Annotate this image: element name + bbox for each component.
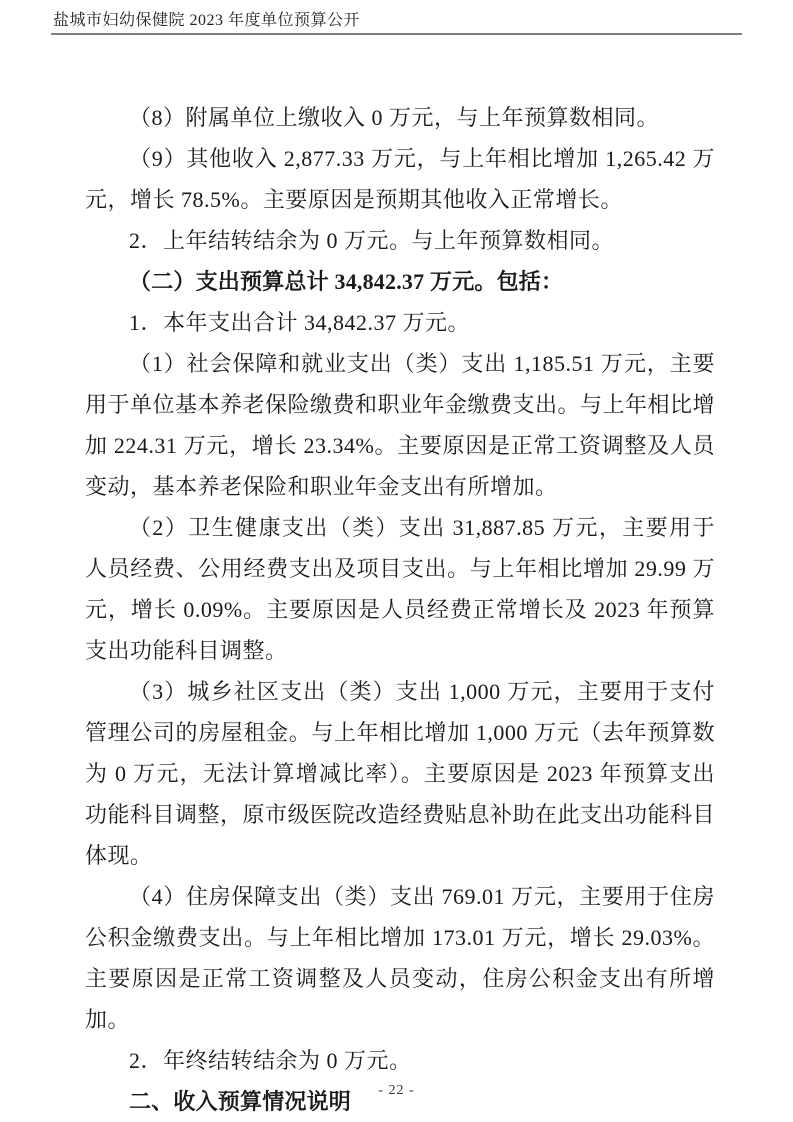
section-heading: （二）支出预算总计 34,842.37 万元。包括：	[85, 261, 715, 302]
paragraph: （4）住房保障支出（类）支出 769.01 万元，主要用于住房公积金缴费支出。与…	[85, 876, 715, 1040]
paragraph: 2．上年结转结余为 0 万元。与上年预算数相同。	[85, 220, 715, 261]
document-body: （8）附属单位上缴收入 0 万元，与上年预算数相同。 （9）其他收入 2,877…	[85, 97, 715, 1122]
paragraph: （2）卫生健康支出（类）支出 31,887.85 万元，主要用于人员经费、公用经…	[85, 507, 715, 671]
paragraph: 2．年终结转结余为 0 万元。	[85, 1040, 715, 1081]
page-footer: - 22 -	[0, 1083, 793, 1099]
document-page: 盐城市妇幼保健院 2023 年度单位预算公开 （8）附属单位上缴收入 0 万元，…	[0, 0, 793, 1122]
page-number: - 22 -	[378, 1083, 414, 1098]
paragraph: （9）其他收入 2,877.33 万元，与上年相比增加 1,265.42 万元，…	[85, 138, 715, 220]
paragraph: （1）社会保障和就业支出（类）支出 1,185.51 万元，主要用于单位基本养老…	[85, 343, 715, 507]
paragraph: （8）附属单位上缴收入 0 万元，与上年预算数相同。	[85, 97, 715, 138]
paragraph: 1．本年支出合计 34,842.37 万元。	[85, 302, 715, 343]
paragraph: （3）城乡社区支出（类）支出 1,000 万元，主要用于支付管理公司的房屋租金。…	[85, 671, 715, 876]
header-title: 盐城市妇幼保健院 2023 年度单位预算公开	[51, 12, 742, 29]
page-header: 盐城市妇幼保健院 2023 年度单位预算公开	[51, 12, 742, 35]
